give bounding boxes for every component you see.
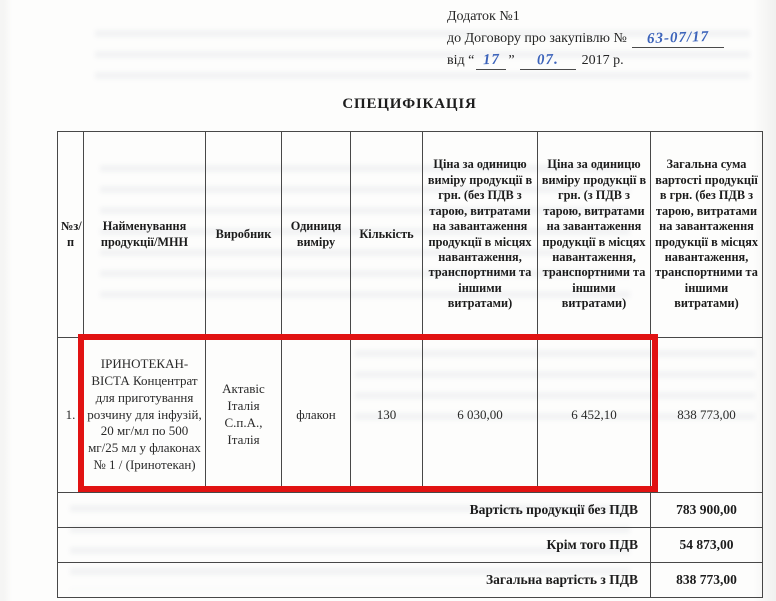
annex-header: Додаток №1 до Договору про закупівлю № 6… [447,6,726,72]
date-day-underline: 17 [476,52,506,70]
annex-line-3: від “17” 07. 2017 р. [447,50,726,72]
cell-quantity: 130 [351,338,423,493]
contract-line-text: до Договору про закупівлю № [447,31,627,46]
table-header-row: №з/п Найменування продукції/МНН Виробник… [58,132,763,338]
contract-number-underline: 63-07/17 [632,30,724,48]
column-header-price-no-vat: Ціна за одиницю виміру продукції в грн. … [423,132,538,338]
date-month-underline: 07. [520,52,576,70]
summary-value-no-vat: 783 900,00 [651,493,763,528]
handwritten-contract-number: 63-07/17 [647,29,710,47]
column-header-quantity: Кількість [351,132,423,338]
column-header-total-sum: Загальна сума вартості продукції в грн. … [651,132,763,338]
column-header-num: №з/п [58,132,84,338]
document-page: Додаток №1 до Договору про закупівлю № 6… [0,0,776,601]
summary-row-no-vat: Вартість продукції без ПДВ 783 900,00 [58,493,763,528]
date-close-quote: ” [508,53,514,68]
specification-table: №з/п Найменування продукції/МНН Виробник… [57,131,763,598]
summary-row-vat: Крім того ПДВ 54 873,00 [58,528,763,563]
cell-product-name: ІРИНОТЕКАН-ВІСТА Концентрат для приготув… [84,338,206,493]
annex-title: Додаток №1 [447,9,520,24]
column-header-producer: Виробник [206,132,282,338]
date-line-prefix: від “ [447,53,474,68]
annex-line-1: Додаток №1 [447,6,726,28]
date-line-suffix: 2017 р. [582,53,624,68]
cell-producer: Актавіс Італія С.п.А., Італія [206,338,282,493]
summary-value-vat: 54 873,00 [651,528,763,563]
cell-unit: флакон [282,338,351,493]
summary-label-no-vat: Вартість продукції без ПДВ [58,493,651,528]
handwritten-month: 07. [537,52,559,69]
page-title: СПЕЦИФІКАЦІЯ [57,96,762,113]
handwritten-day: 17 [483,52,501,69]
cell-price-with-vat: 6 452,10 [538,338,651,493]
summary-value-total: 838 773,00 [651,563,763,598]
summary-label-vat: Крім того ПДВ [58,528,651,563]
summary-label-total: Загальна вартість з ПДВ [58,563,651,598]
cell-row-number: 1. [58,338,84,493]
cell-price-no-vat: 6 030,00 [423,338,538,493]
column-header-name: Найменування продукції/МНН [84,132,206,338]
cell-total-sum: 838 773,00 [651,338,763,493]
column-header-unit: Одиниця виміру [282,132,351,338]
column-header-price-with-vat: Ціна за одиницю виміру продукції в грн. … [538,132,651,338]
summary-row-total: Загальна вартість з ПДВ 838 773,00 [58,563,763,598]
annex-line-2: до Договору про закупівлю № 63-07/17 [447,28,726,50]
table-row: 1. ІРИНОТЕКАН-ВІСТА Концентрат для приго… [58,338,763,493]
